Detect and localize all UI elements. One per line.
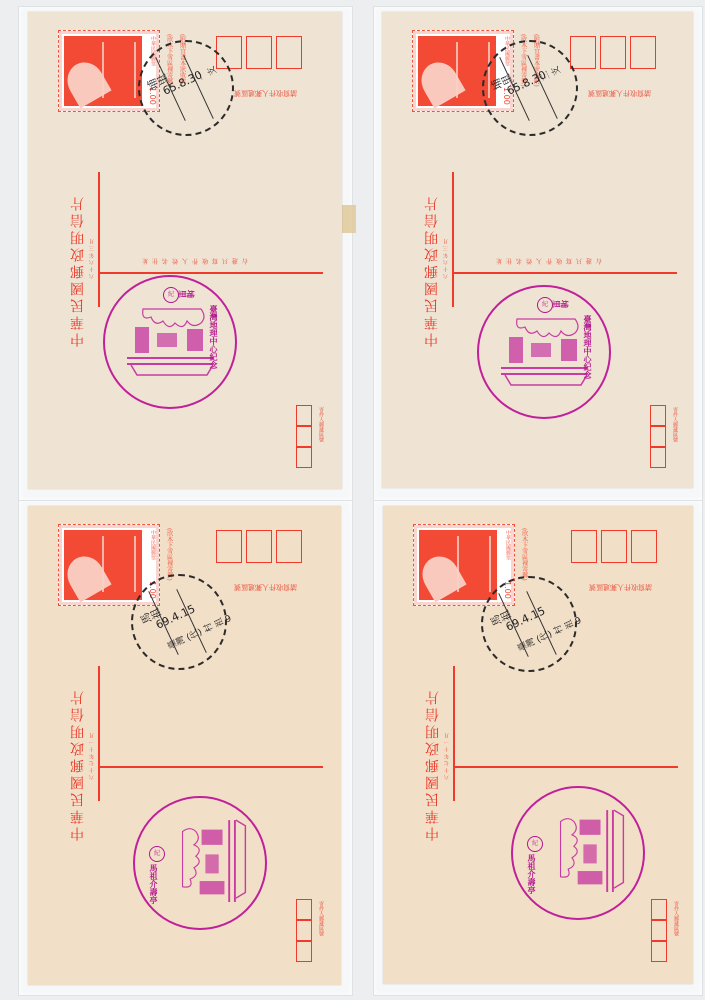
sender-code-box-3[interactable] (296, 941, 312, 962)
sender-code-box-3[interactable] (650, 447, 666, 468)
cachet-seal: 紀 (537, 297, 553, 313)
cachet-place: 馬祖介壽亭 (149, 864, 160, 904)
address-label: 右邊只寫收件人姓名住址 (492, 257, 602, 266)
sender-code-box-3[interactable] (296, 447, 312, 468)
postmark: 馬祖 69.4.15 臺灣 (代) 村 祖 9 (481, 576, 577, 672)
postal-code-label: 請寫收件人郵遞區號 (234, 582, 297, 592)
print-date: 六十六年三月 (442, 237, 449, 279)
cachet-scene-illustration (551, 800, 631, 904)
stamp-picture (419, 530, 497, 600)
cachet-place: 埔里 (179, 290, 195, 301)
postal-code-box-3[interactable] (630, 36, 656, 69)
card-title: 中華民國郵政明信片 (423, 688, 443, 841)
sender-code-box-3[interactable] (651, 941, 667, 962)
sender-code-box-1[interactable] (650, 405, 666, 426)
card-title: 中華民國郵政明信片 (68, 688, 88, 841)
cachet-scene-illustration (491, 309, 595, 393)
stamp-country: 中華民國郵票 (150, 530, 157, 560)
cachet-scene-illustration (117, 299, 221, 383)
print-date: 六十六年三月 (88, 237, 95, 279)
cachet-seal: 紀 (527, 836, 543, 852)
commemorative-cachet: 紀 馬祖介壽亭 (511, 786, 645, 920)
postal-code-label: 請寫收件人郵遞區號 (588, 88, 651, 98)
sender-code-box-2[interactable] (651, 920, 667, 941)
postmark: 埔里 65.8.30 一 支 (138, 40, 234, 136)
postal-code-label: 請寫收件人郵遞區號 (589, 582, 652, 592)
address-rule-horizontal (98, 766, 323, 768)
card-title: 中華民國郵政明信片 (422, 194, 442, 347)
postal-code-box-3[interactable] (631, 530, 657, 563)
cachet-caption: 臺灣地理中心紀念 (209, 305, 220, 369)
postal-code-box-1[interactable] (571, 530, 597, 563)
postal-card-bottom-left: 中華民國郵票 1.00 (欣木下雪區裸寄郵) 請寫收件人郵遞區號 中華民國郵政明… (28, 506, 341, 985)
cachet-seal: 紀 (163, 287, 179, 303)
postal-code-box-2[interactable] (246, 530, 272, 563)
postmark: 馬祖 69.4.15 臺灣 (代) 村 祖 9 (131, 574, 227, 670)
sender-code-label: 寄件人郵遞區號 (318, 901, 325, 936)
address-label: 右邊只寫收件人姓名住址 (138, 257, 248, 266)
commemorative-cachet: 紀 埔里 臺灣地理中心紀念 (477, 285, 611, 419)
postal-code-box-3[interactable] (276, 530, 302, 563)
title-rule-vertical (452, 172, 454, 307)
postmark: 埔里 65.8.30 三 支 (482, 40, 578, 136)
cachet-place: 埔里 (553, 300, 569, 311)
card-title: 中華民國郵政明信片 (68, 194, 88, 347)
stamp-picture (64, 530, 142, 600)
sender-code-label: 寄件人郵遞區號 (673, 901, 680, 936)
postal-code-label: 請寫收件人郵遞區號 (234, 88, 297, 98)
hinge-tape (341, 205, 356, 233)
cachet-place: 馬祖介壽亭 (527, 854, 538, 894)
title-rule-vertical (453, 666, 455, 801)
cachet-caption: 臺灣地理中心紀念 (583, 315, 594, 379)
postal-card-bottom-right: 中華民國郵票 1.00 (欣木下雪區裸寄郵) 請寫收件人郵遞區號 中華民國郵政明… (383, 506, 693, 984)
postmark-date: 69.4.15 (154, 602, 198, 632)
stamp-note-1: (欣木下雪區裸寄郵) (520, 528, 527, 581)
postmark-date: 69.4.15 (504, 604, 548, 634)
stamp-picture (64, 36, 142, 106)
sender-code-box-2[interactable] (296, 920, 312, 941)
sender-code-label: 寄件人郵遞區號 (318, 407, 325, 442)
postal-code-box-3[interactable] (276, 36, 302, 69)
postal-code-box-1[interactable] (216, 530, 242, 563)
postal-code-box-2[interactable] (246, 36, 272, 69)
sender-code-box-2[interactable] (296, 426, 312, 447)
commemorative-cachet: 紀 埔里 臺灣地理中心紀念 (103, 275, 237, 409)
stamp-country: 中華民國郵票 (505, 530, 512, 560)
print-date: 六十七年十一月 (443, 731, 450, 780)
cachet-seal: 紀 (149, 846, 165, 862)
print-date: 六十七年十一月 (88, 731, 95, 780)
address-rule-horizontal (452, 272, 677, 274)
cachet-scene-illustration (173, 810, 253, 914)
sender-code-box-2[interactable] (650, 426, 666, 447)
title-rule-vertical (98, 172, 100, 307)
sender-code-box-1[interactable] (296, 899, 312, 920)
postal-code-box-2[interactable] (601, 530, 627, 563)
postal-code-box-2[interactable] (600, 36, 626, 69)
sender-code-label: 寄件人郵遞區號 (672, 407, 679, 442)
address-rule-horizontal (98, 272, 323, 274)
title-rule-vertical (98, 666, 100, 801)
postal-card-top-left: 中華民國郵票 1.00 (欣木下雪區裸寄郵) (附贈宜書本狀收附) 請寫收件人郵… (28, 12, 342, 489)
commemorative-cachet: 紀 馬祖介壽亭 (133, 796, 267, 930)
stamp-note-1: (欣木下雪區裸寄郵) (165, 528, 172, 581)
postal-code-box-1[interactable] (570, 36, 596, 69)
sender-code-box-1[interactable] (651, 899, 667, 920)
sender-code-box-1[interactable] (296, 405, 312, 426)
postal-card-top-right: 中華民國郵票 1.00 (欣木下雪區裸寄郵) (附贈宜書本狀收附) 請寫收件人郵… (382, 12, 693, 488)
address-rule-horizontal (453, 766, 678, 768)
